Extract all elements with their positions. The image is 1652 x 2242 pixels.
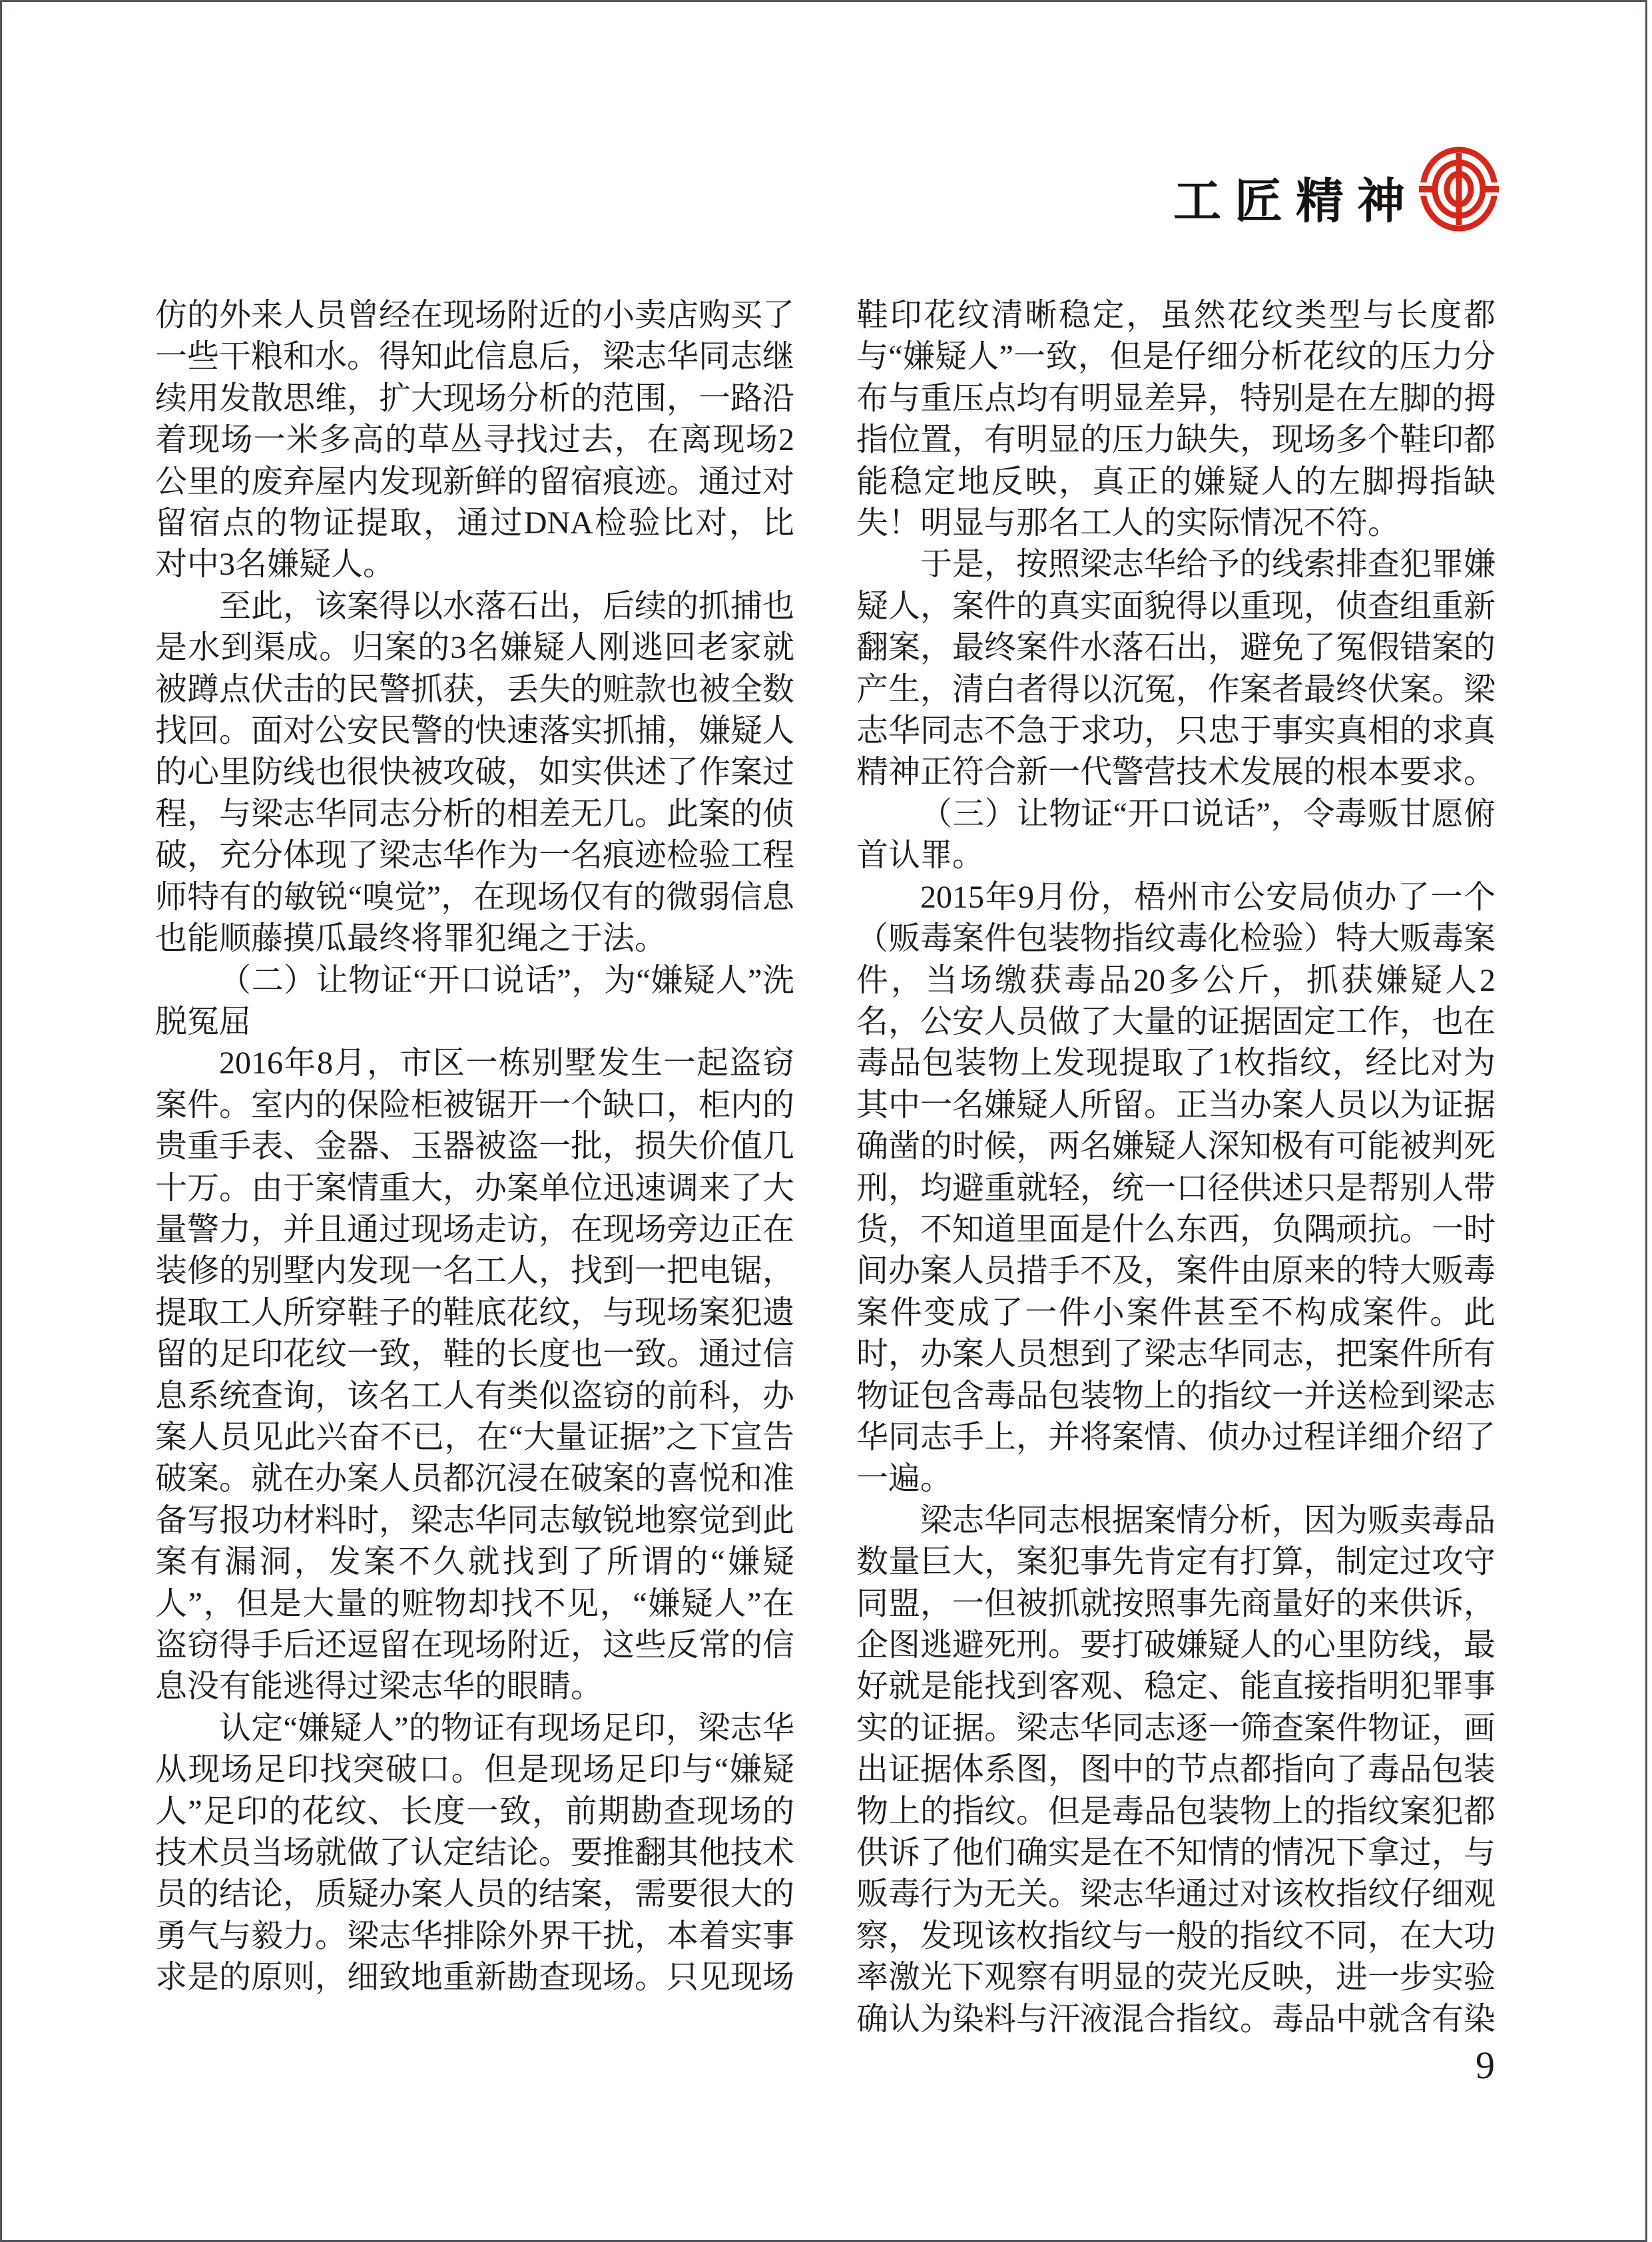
body-paragraph: （三）让物证“开口说话”，令毒贩甘愿俯首认罪。	[856, 794, 1496, 877]
body-paragraph: 2015年9月份，梧州市公安局侦办了一个（贩毒案件包装物指纹毒化检验）特大贩毒案…	[856, 877, 1496, 1500]
trade-union-emblem-icon	[1419, 146, 1499, 232]
body-paragraph: 认定“嫌疑人”的物证有现场足印，梁志华从现场足印找突破口。但是现场足印与“嫌疑人…	[155, 1708, 794, 1999]
body-paragraph: 至此，该案得以水落石出，后续的抓捕也是水到渠成。归案的3名嫌疑人刚逃回老家就被蹲…	[155, 586, 794, 960]
body-paragraph: 仿的外来人员曾经在现场附近的小卖店购买了一些干粮和水。得知此信息后，梁志华同志继…	[155, 295, 794, 586]
page-header: 工匠精神	[1173, 162, 1418, 242]
body-paragraph: 于是，按照梁志华给予的线索排查犯罪嫌疑人，案件的真实面貌得以重现，侦查组重新翻案…	[856, 544, 1496, 793]
right-text-column: 鞋印花纹清晰稳定，虽然花纹类型与长度都与“嫌疑人”一致，但是仔细分析花纹的压力分…	[856, 295, 1496, 2040]
body-paragraph: 2016年8月，市区一栋别墅发生一起盗窃案件。室内的保险柜被锯开一个缺口，柜内的…	[155, 1043, 794, 1708]
left-text-column: 仿的外来人员曾经在现场附近的小卖店购买了一些干粮和水。得知此信息后，梁志华同志继…	[155, 295, 794, 1999]
page-number: 9	[1476, 2043, 1495, 2088]
magazine-page: 工匠精神 仿的外来人员曾经在现场附近的小卖店购买了一些干粮和水。得知此信息后，梁…	[0, 0, 1652, 2242]
body-paragraph: （二）让物证“开口说话”，为“嫌疑人”洗脱冤屈	[155, 960, 794, 1043]
page-title: 工匠精神	[1173, 178, 1418, 226]
body-paragraph: 梁志华同志根据案情分析，因为贩卖毒品数量巨大，案犯事先肯定有打算，制定过攻守同盟…	[856, 1500, 1496, 2040]
body-paragraph: 鞋印花纹清晰稳定，虽然花纹类型与长度都与“嫌疑人”一致，但是仔细分析花纹的压力分…	[856, 295, 1496, 544]
